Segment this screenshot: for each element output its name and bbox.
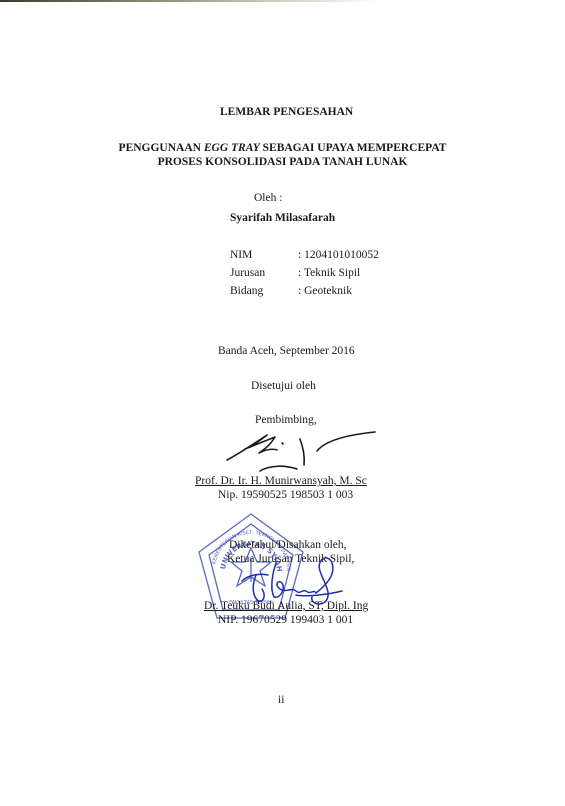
info-value: : Teknik Sipil (298, 267, 360, 279)
thesis-title-line2: PROSES KONSOLIDASI PADA TANAH LUNAK (0, 155, 565, 169)
place-date: Banda Aceh, September 2016 (218, 345, 355, 357)
advisor-signature-icon (225, 425, 385, 480)
scan-border (0, 0, 380, 2)
page-heading: LEMBAR PENGESAHAN (220, 106, 353, 118)
department-head-nip: NIP. 19670529 199403 1 001 (218, 614, 353, 626)
thesis-title-line1: PENGGUNAAN EGG TRAY SEBAGAI UPAYA MEMPER… (0, 141, 565, 155)
thesis-title-prefix: PENGGUNAAN (119, 142, 204, 154)
page-number: ii (278, 694, 284, 706)
info-label: NIM (230, 249, 252, 261)
department-head-signature-icon (236, 545, 346, 615)
thesis-title-suffix: SEBAGAI UPAYA MEMPERCEPAT (260, 142, 447, 154)
info-value: : 1204101010052 (298, 249, 379, 261)
by-label: Oleh : (254, 192, 282, 204)
thesis-title: PENGGUNAAN EGG TRAY SEBAGAI UPAYA MEMPER… (0, 141, 565, 169)
info-value: : Geoteknik (298, 285, 352, 297)
author-name: Syarifah Milasafarah (230, 212, 335, 224)
info-label: Jurusan (230, 267, 265, 279)
info-label: Bidang (230, 285, 263, 297)
approved-by-label: Disetujui oleh (251, 380, 316, 392)
thesis-title-italic: EGG TRAY (204, 142, 260, 154)
advisor-nip: Nip. 19590525 198503 1 003 (218, 489, 353, 501)
